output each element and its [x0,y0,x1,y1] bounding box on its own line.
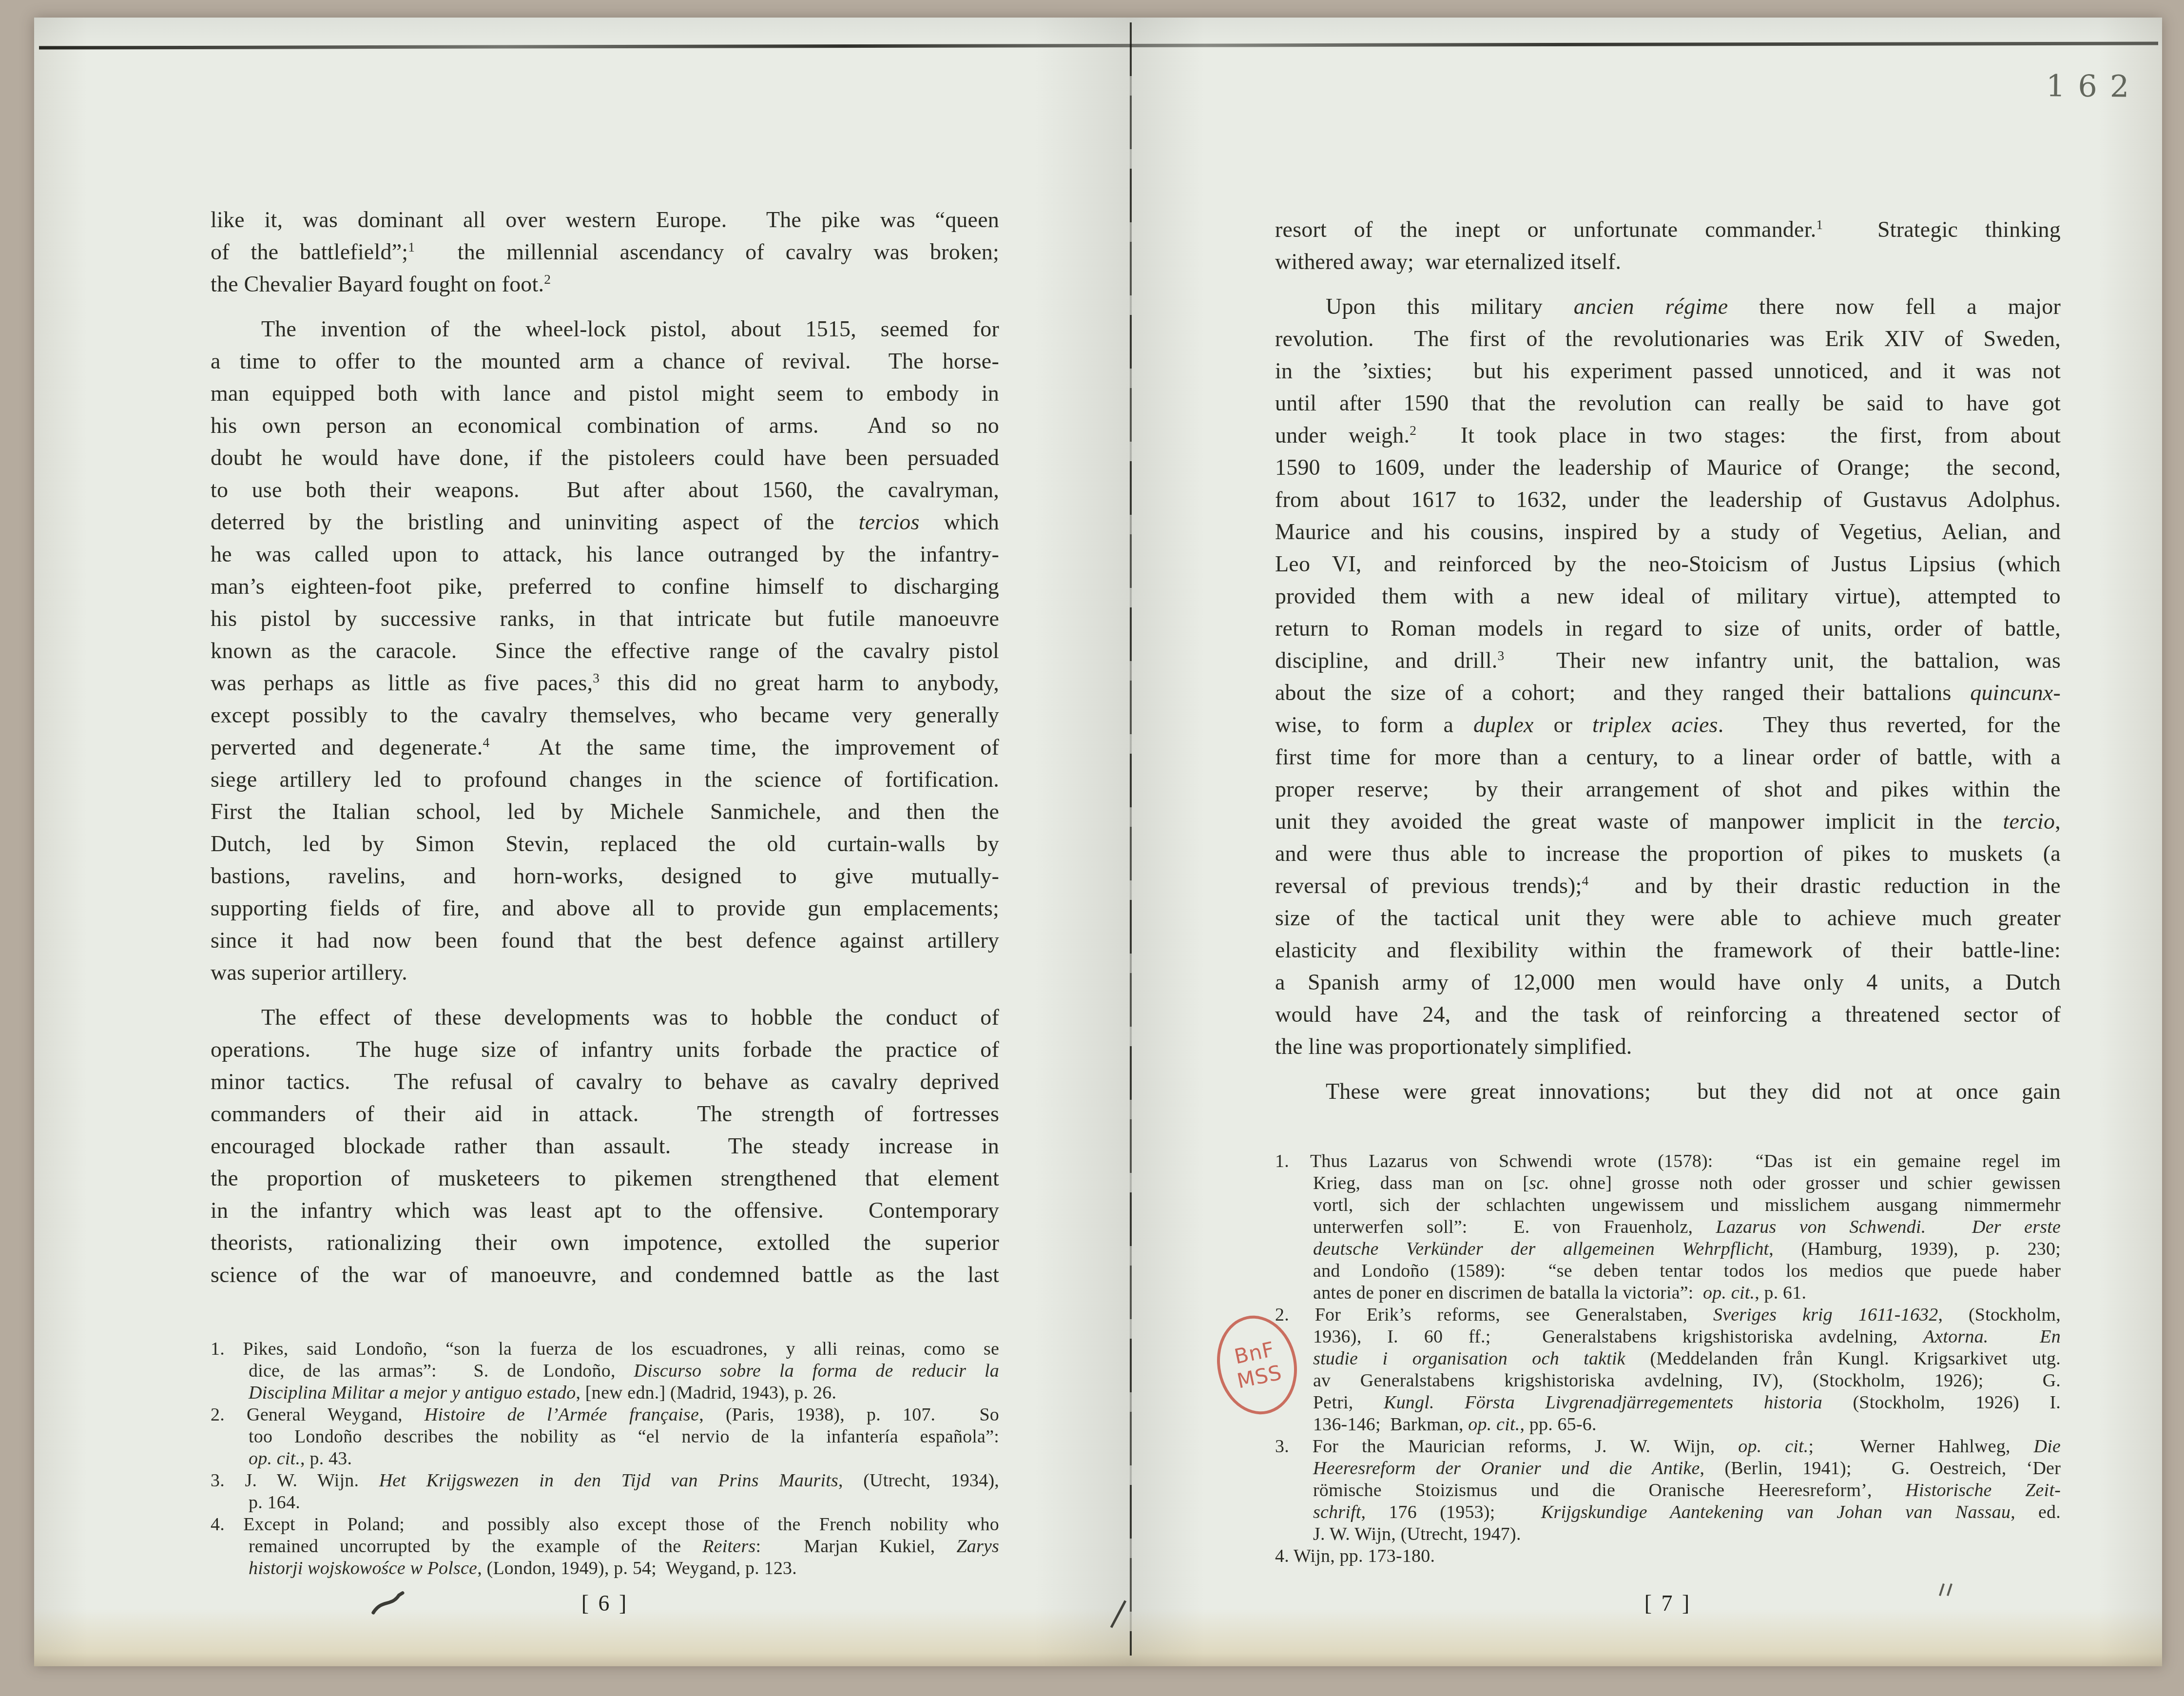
text-line: proper reserve; by their arrangement of … [1275,773,2061,805]
paragraph: Upon this military ancien régime there n… [1275,291,2061,1063]
footnote-line: and Londoño (1589): “se deben tentar tod… [1275,1260,2061,1282]
scanned-book-spread: 162 BnF MSS like it, was dominant all ov… [0,0,2184,1696]
text-line: from about 1617 to 1632, under the leade… [1275,484,2061,516]
text-line: Maurice and his cousins, inspired by a s… [1275,516,2061,548]
footnote-line: 4. Wijn, pp. 173-180. [1275,1545,2061,1567]
stray-marks [1941,1583,1956,1599]
footnote-line: Krieg, dass man on [sc. ohne] grosse not… [1275,1172,2061,1194]
footnote-line: av Generalstabens krigshistoriska avdeln… [1275,1370,2061,1392]
page-right: resort of the inept or unfortunate comma… [34,18,2162,1666]
footnote-line: vortl, sich der schlachten ungewissem un… [1275,1194,2061,1216]
text-line: wise, to form a duplex or triplex acies.… [1275,709,2061,741]
footnote-line: deutsche Verkünder der allgemeinen Wehrp… [1275,1238,2061,1260]
footnote: 3. For the Maurician reforms, J. W. Wijn… [1275,1436,2061,1545]
footnote-line: Petri, Kungl. Första Livgrenadjärregemen… [1275,1392,2061,1414]
footnote-line: unterwerfen soll”: E. von Frauenholz, La… [1275,1216,2061,1238]
footnote-line: 1. Thus Lazarus von Schwendi wrote (1578… [1275,1150,2061,1172]
text-line: resort of the inept or unfortunate comma… [1275,214,2061,246]
footnote-line: Heeresreform der Oranier und die Antike,… [1275,1458,2061,1480]
text-line: These were great innovations; but they d… [1275,1075,2061,1108]
paper-sheet: 162 BnF MSS like it, was dominant all ov… [34,18,2162,1666]
footnote-line: studie i organisation och taktik (Meddel… [1275,1348,2061,1370]
text-line: a Spanish army of 12,000 men would have … [1275,966,2061,998]
text-line: would have 24, and the task of reinforci… [1275,998,2061,1031]
text-line: elasticity and flexibility within the fr… [1275,934,2061,966]
footnote-line: 3. For the Maurician reforms, J. W. Wijn… [1275,1436,2061,1458]
text-line: return to Roman models in regard to size… [1275,612,2061,644]
paragraph: resort of the inept or unfortunate comma… [1275,214,2061,278]
text-line: the line was proportionately simplified. [1275,1031,2061,1063]
text-line: under weigh.2 It took place in two stage… [1275,419,2061,451]
paragraph: These were great innovations; but they d… [1275,1075,2061,1108]
footnote: 2. For Erik’s reforms, see Generalstaben… [1275,1304,2061,1436]
text-line: 1590 to 1609, under the leadership of Ma… [1275,451,2061,484]
text-line: until after 1590 that the revolution can… [1275,387,2061,419]
page-right-footnotes: 1. Thus Lazarus von Schwendi wrote (1578… [1275,1150,2061,1567]
text-line: provided them with a new ideal of milita… [1275,580,2061,612]
text-line: size of the tactical unit they were able… [1275,902,2061,934]
stray-tick-icon [1947,1583,1952,1596]
text-line: unit they avoided the great waste of man… [1275,805,2061,838]
text-line: discipline, and drill.3 Their new infant… [1275,644,2061,677]
footnote-line: J. W. Wijn, (Utrecht, 1947). [1275,1523,2061,1545]
text-line: about the size of a cohort; and they ran… [1275,677,2061,709]
page-right-body-text: resort of the inept or unfortunate comma… [1275,214,2061,1108]
text-line: and were thus able to increase the propo… [1275,838,2061,870]
footnote-line: 1936), I. 60 ff.; Generalstabens krigshi… [1275,1326,2061,1348]
footnote: 4. Wijn, pp. 173-180. [1275,1545,2061,1567]
text-line: Upon this military ancien régime there n… [1275,291,2061,323]
text-line: revolution. The first of the revolutiona… [1275,323,2061,355]
text-line: first time for more than a century, to a… [1275,741,2061,773]
footnote-line: 136-146; Barkman, op. cit., pp. 65-6. [1275,1414,2061,1436]
footnote-line: 2. For Erik’s reforms, see Generalstaben… [1275,1304,2061,1326]
footnote: 1. Thus Lazarus von Schwendi wrote (1578… [1275,1150,2061,1304]
text-line: reversal of previous trends);4 and by th… [1275,870,2061,902]
text-line: in the ’sixties; but his experiment pass… [1275,355,2061,387]
footnote-line: römische Stoizismus und die Oranische He… [1275,1480,2061,1501]
text-line: Leo VI, and reinforced by the neo-Stoici… [1275,548,2061,580]
text-line: withered away; war eternalized itself. [1275,246,2061,278]
footnote-line: schrift, 176 (1953); Krijgskundige Aante… [1275,1501,2061,1523]
footnote-line: antes de poner en discrimen de batalla l… [1275,1282,2061,1304]
